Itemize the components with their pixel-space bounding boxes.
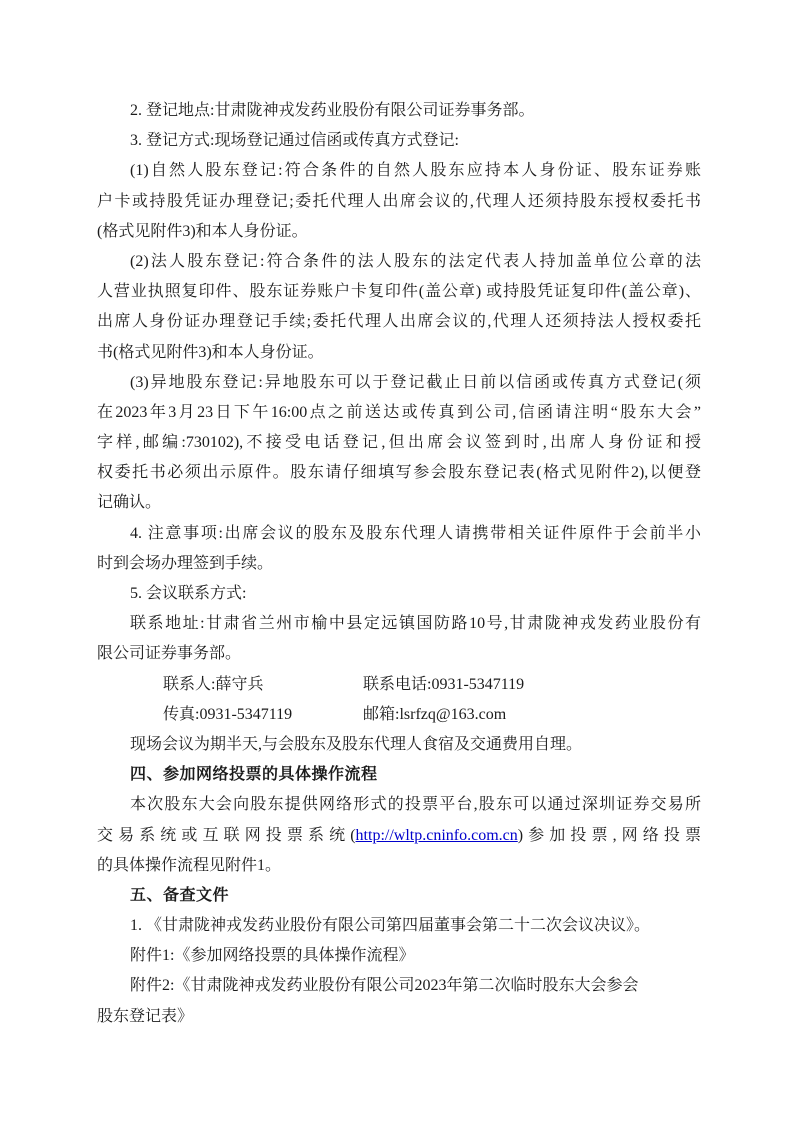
line-remote-shareholder-3-text: 字样,邮编:730102),不接受电话登记,但出席会议签到时,出席人身份证和授 [97,434,701,451]
line-natural-person-3-text: (格式见附件3)和本人身份证。 [97,223,308,240]
line-legal-person-2: 人营业执照复印件、股东证券账户卡复印件(盖公章) 或持股凭证复印件(盖公章)、 [97,277,701,307]
line-voting-1-text: 本次股东大会向股东提供网络形式的投票平台,股东可以通过深圳证券交易所 [130,796,701,813]
document-page: 2. 登记地点:甘肃陇神戎发药业股份有限公司证券事务部。3. 登记方式:现场登记… [0,0,793,1122]
line-contact-heading: 5. 会议联系方式: [97,579,701,609]
line-remote-shareholder-2: 在2023年3月23日下午16:00点之前送达或传真到公司,信函请注明“股东大会… [97,398,701,428]
line-notice-2-text: 时到会场办理签到手续。 [97,555,273,572]
fax-number: 传真:0931-5347119 [130,700,363,730]
line-contact-address-2-text: 限公司证券事务部。 [97,645,241,662]
line-voting-3: 的具体操作流程见附件1。 [97,851,701,881]
line-remote-shareholder-4-text: 权委托书必须出示原件。股东请仔细填写参会股东登记表(格式见附件2),以便登 [97,464,701,481]
line-registration-place: 2. 登记地点:甘肃陇神戎发药业股份有限公司证券事务部。 [97,96,701,126]
voting-line-prefix: 交易系统或互联网投票系统( [97,827,356,844]
line-legal-person-1: (2)法人股东登记:符合条件的法人股东的法定代表人持加盖单位公章的法 [97,247,701,277]
line-notice-2: 时到会场办理签到手续。 [97,549,701,579]
line-registration-method: 3. 登记方式:现场登记通过信函或传真方式登记: [97,126,701,156]
line-contact-address-1-text: 联系地址:甘肃省兰州市榆中县定远镇国防路10号,甘肃陇神戎发药业股份有 [130,615,701,632]
contact-person: 联系人:薛守兵 [130,670,363,700]
line-attachment-1-text: 附件1:《参加网络投票的具体操作流程》 [130,947,414,964]
line-reference-doc-1: 1. 《甘肃陇神戎发药业股份有限公司第四届董事会第二十二次会议决议》。 [97,911,701,941]
line-voting-2: 交易系统或互联网投票系统(http://wltp.cninfo.com.cn)参… [97,821,701,851]
line-registration-place-text: 2. 登记地点:甘肃陇神戎发药业股份有限公司证券事务部。 [130,102,534,119]
line-natural-person-1-text: (1)自然人股东登记:符合条件的自然人股东应持本人身份证、股东证券账 [130,162,701,179]
voting-url-link[interactable]: http://wltp.cninfo.com.cn [356,827,518,844]
voting-line-suffix: )参加投票,网络投票 [518,827,701,844]
line-legal-person-4-text: 书(格式见附件3)和本人身份证。 [97,344,324,361]
document-body: 2. 登记地点:甘肃陇神戎发药业股份有限公司证券事务部。3. 登记方式:现场登记… [97,96,701,1032]
line-reference-doc-1-text: 1. 《甘肃陇神戎发药业股份有限公司第四届董事会第二十二次会议决议》。 [130,917,650,934]
section-heading-reference-documents-text: 五、备查文件 [130,887,229,904]
line-remote-shareholder-5-text: 记确认。 [97,494,161,511]
line-meeting-duration-text: 现场会议为期半天,与会股东及股东代理人食宿及交通费用自理。 [130,736,582,753]
line-voting-3-text: 的具体操作流程见附件1。 [97,857,281,874]
line-contact-address-2: 限公司证券事务部。 [97,639,701,669]
line-remote-shareholder-1: (3)异地股东登记:异地股东可以于登记截止日前以信函或传真方式登记(须 [97,368,701,398]
section-heading-voting-procedure: 四、参加网络投票的具体操作流程 [97,760,701,790]
line-natural-person-2: 户卡或持股凭证办理登记;委托代理人出席会议的,代理人还须持股东授权委托书 [97,187,701,217]
line-remote-shareholder-1-text: (3)异地股东登记:异地股东可以于登记截止日前以信函或传真方式登记(须 [130,374,701,391]
section-heading-voting-procedure-text: 四、参加网络投票的具体操作流程 [130,766,378,783]
line-natural-person-1: (1)自然人股东登记:符合条件的自然人股东应持本人身份证、股东证券账 [97,156,701,186]
line-attachment-1: 附件1:《参加网络投票的具体操作流程》 [97,941,701,971]
line-remote-shareholder-4: 权委托书必须出示原件。股东请仔细填写参会股东登记表(格式见附件2),以便登 [97,458,701,488]
line-remote-shareholder-5: 记确认。 [97,488,701,518]
line-legal-person-3: 出席人身份证办理登记手续;委托代理人出席会议的,代理人还须持法人授权委托 [97,307,701,337]
line-contact-heading-text: 5. 会议联系方式: [130,585,246,602]
email-address: 邮箱:lsrfzq@163.com [363,706,506,723]
line-attachment-2b: 股东登记表》 [97,1002,701,1032]
line-notice-1-text: 4. 注意事项:出席会议的股东及股东代理人请携带相关证件原件于会前半小 [130,525,701,542]
line-contact-address-1: 联系地址:甘肃省兰州市榆中县定远镇国防路10号,甘肃陇神戎发药业股份有 [97,609,701,639]
line-legal-person-2-text: 人营业执照复印件、股东证券账户卡复印件(盖公章) 或持股凭证复印件(盖公章)、 [97,283,701,300]
line-attachment-2b-text: 股东登记表》 [97,1008,193,1025]
contact-phone: 联系电话:0931-5347119 [363,676,524,693]
line-contact-person-phone: 联系人:薛守兵联系电话:0931-5347119 [97,670,701,700]
line-fax-email: 传真:0931-5347119邮箱:lsrfzq@163.com [97,700,701,730]
line-meeting-duration: 现场会议为期半天,与会股东及股东代理人食宿及交通费用自理。 [97,730,701,760]
line-legal-person-1-text: (2)法人股东登记:符合条件的法人股东的法定代表人持加盖单位公章的法 [130,253,701,270]
line-attachment-2a: 附件2:《甘肃陇神戎发药业股份有限公司2023年第二次临时股东大会参会 [97,971,701,1001]
line-natural-person-3: (格式见附件3)和本人身份证。 [97,217,701,247]
line-registration-method-text: 3. 登记方式:现场登记通过信函或传真方式登记: [130,132,459,149]
line-remote-shareholder-3: 字样,邮编:730102),不接受电话登记,但出席会议签到时,出席人身份证和授 [97,428,701,458]
line-natural-person-2-text: 户卡或持股凭证办理登记;委托代理人出席会议的,代理人还须持股东授权委托书 [97,193,701,210]
line-attachment-2a-text: 附件2:《甘肃陇神戎发药业股份有限公司2023年第二次临时股东大会参会 [130,977,638,994]
line-remote-shareholder-2-text: 在2023年3月23日下午16:00点之前送达或传真到公司,信函请注明“股东大会… [97,404,701,421]
section-heading-reference-documents: 五、备查文件 [97,881,701,911]
line-legal-person-4: 书(格式见附件3)和本人身份证。 [97,338,701,368]
line-legal-person-3-text: 出席人身份证办理登记手续;委托代理人出席会议的,代理人还须持法人授权委托 [97,313,701,330]
line-notice-1: 4. 注意事项:出席会议的股东及股东代理人请携带相关证件原件于会前半小 [97,519,701,549]
line-voting-1: 本次股东大会向股东提供网络形式的投票平台,股东可以通过深圳证券交易所 [97,790,701,820]
